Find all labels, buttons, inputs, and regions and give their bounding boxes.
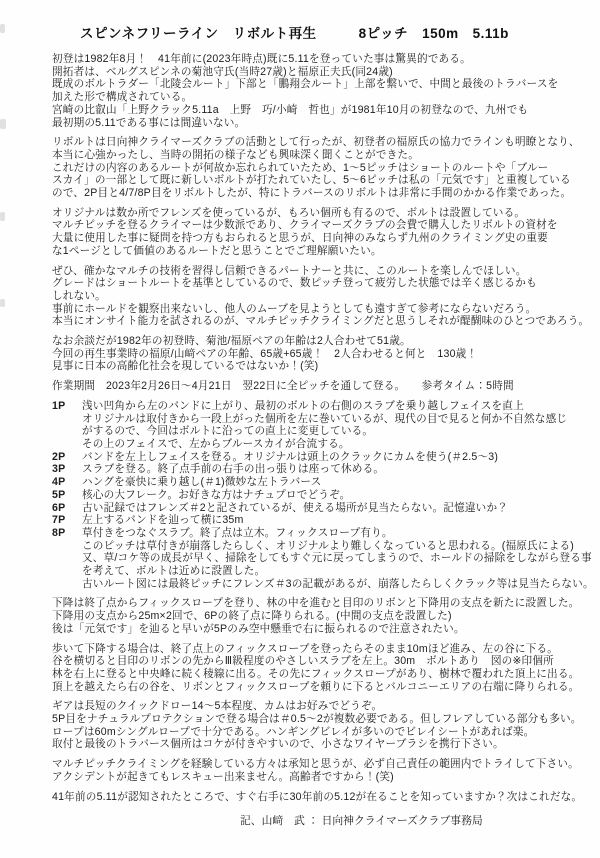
paragraph: マルチピッチクライミングを経験している方々は承知と思うが、必ず自己責任の範囲内で… bbox=[52, 758, 574, 783]
text-line: これだけの内容のあるルートが何故か忘れられていたため、1～5ピッチはショートのル… bbox=[52, 162, 574, 175]
text-line: 草付きをつなぐスラブ。終了点は立木。フィックスロープ有り。 bbox=[82, 527, 594, 540]
pitch-number: 6P bbox=[52, 502, 82, 515]
text-line: 今回の再生事業時の福原/山﨑ペアの年齢、65歳+65歳！ 2人合わせると何と 1… bbox=[52, 348, 574, 361]
text-line: 下降用の支点から25m×2回で、6Pの終了点に降りられる。(中間の支点を設置した… bbox=[52, 610, 574, 623]
text-line: オリジナルは取付きから一段上がった個所を左に巻いているが、現代の目で見ると何か不… bbox=[82, 413, 574, 426]
text-line: 下降は終了点からフィックスロープを登り、林の中を進むと目印のリボンと下降用の支点… bbox=[52, 597, 574, 610]
text-line: 加えた形で構成されている。 bbox=[52, 91, 574, 104]
paragraph: 初登は1982年8月！ 41年前に(2023年時点)既に5.11を登っていた事は… bbox=[52, 53, 574, 129]
text-line: しれない。 bbox=[52, 290, 574, 303]
text-line: 左上するバンドを辿って横に35m bbox=[82, 514, 574, 527]
text-line: このピッチは草付きが崩落したらしく、オリジナルより難しくなっていると思われる。(… bbox=[82, 540, 594, 553]
text-line: 古いルート図には最終ピッチにフレンズ＃3の記載があるが、崩落したらしくクラック等… bbox=[82, 578, 594, 591]
text-line: 大量に使用した事に疑問を持つ方もおられると思うが、日向神のみならず九州のクライミ… bbox=[52, 232, 574, 245]
pitch-list: 1P浅い凹角から左のバンドに上がり、最初のボルトの右側のスラブを乗り越しフェイス… bbox=[52, 400, 574, 591]
text-line: 5P目をナチュラルプロテクションで登る場合は＃0.5～2が複数必要である。但しフ… bbox=[52, 713, 574, 726]
pitch-number: 2P bbox=[52, 451, 82, 464]
text-line: 作業期間 2023年2月26日～4月21日 翌22日に全ピッチを通して登る。 参… bbox=[52, 380, 574, 393]
text-line: オリジナルは数か所でフレンズを使っているが、もろい個所も有るので、ボルトは設置し… bbox=[52, 207, 574, 220]
text-line: 又、草/コケ等の成長が早く、掃除をしてもすぐ元に戻ってしまうので、ホールドの掃除… bbox=[82, 552, 594, 565]
paragraph: ぜひ、確かなマルチの技術を習得し信頼できるパートナーと共に、このルートを楽しんで… bbox=[52, 265, 574, 329]
pitch-number: 3P bbox=[52, 463, 82, 476]
scan-artifact bbox=[0, 24, 5, 33]
pitch-row: 3Pスラブを登る。終了点手前の右手の出っ張りは座って休める。 bbox=[52, 463, 574, 476]
text-line: 谷を横切ると目印のリボンの先からⅢ級程度のやさしいスラブを左上。30m ボルトあ… bbox=[52, 655, 574, 668]
text-line: グレードはショートルートを基準としているので、数ピッチ登って疲労した状態では辛く… bbox=[52, 277, 574, 290]
pitch-description: スラブを登る。終了点手前の右手の出っ張りは座って休める。 bbox=[82, 463, 574, 476]
text-line: ので、2P目と4/7/8P目をリボルトしたが、特にトラバースのリボルトは非常に手… bbox=[52, 187, 574, 200]
pitch-number: 5P bbox=[52, 489, 82, 502]
text-line: ハングを豪快に乗り越し(＃1)微妙な左トラバース bbox=[82, 476, 574, 489]
text-line: 見事に日本の高齢化社会を現しているではないか！(笑) bbox=[52, 360, 574, 373]
signature: 記、山﨑 武 ： 日向神クライマーズクラブ事務局 bbox=[240, 815, 574, 828]
paragraph: 下降は終了点からフィックスロープを登り、林の中を進むと目印のリボンと下降用の支点… bbox=[52, 597, 574, 635]
text-line: 浅い凹角から左のバンドに上がり、最初のボルトの右側のスラブを乗り越しフェイスを直… bbox=[82, 400, 574, 413]
text-line: を考えて、ボルトは近めに設置した。 bbox=[82, 565, 594, 578]
text-line: その上のフェイスで、左からブルースカイが合流する。 bbox=[82, 438, 574, 451]
text-line: 事前にホールドを観察出来ないし、他人のムーブを見ようとしても遠すぎて参考にならな… bbox=[52, 303, 574, 316]
text-line: 41年前の5.11が認知されたところで、すぐ右手に30年前の5.12が在ることを… bbox=[52, 791, 574, 804]
document-page: スピンネフリーライン リボルト再生 8ピッチ 150m 5.11b 初登は198… bbox=[0, 0, 600, 858]
pitch-description: 左上するバンドを辿って横に35m bbox=[82, 514, 574, 527]
text-line: マルチピッチを登るクライマーは少数派であり、クライマーズクラブの会費で購入したリ… bbox=[52, 219, 574, 232]
text-line: スラブを登る。終了点手前の右手の出っ張りは座って休める。 bbox=[82, 463, 574, 476]
text-line: がするので、今回はボルトに沿っての直上に変更している。 bbox=[82, 425, 574, 438]
text-line: 頂上を越えたら右の谷を、リボンとフィックスロープを頼りに下るとバルコニーエリアの… bbox=[52, 681, 574, 694]
scan-artifact bbox=[0, 299, 5, 307]
pitch-description: 核心の大フレーク。お好きな方はナチュプロでどうぞ。 bbox=[82, 489, 574, 502]
paragraph: 歩いて下降する場合は、終了点上のフィックスロープを登ったらそのまま10mほど進み… bbox=[52, 643, 574, 694]
text-line: 開拓者は、ベルグスピンネの菊池守氏(当時27歳)と福原正夫氏(同24歳) bbox=[52, 66, 574, 79]
pitch-number: 1P bbox=[52, 400, 82, 413]
text-line: 本当に心強かったし、当時の開拓の様子なども興味深く聞くことができた。 bbox=[52, 149, 574, 162]
text-line: スカイ」の一部として既に新しいボルトが打たれていたし、5～6ピッチは私の「元気で… bbox=[52, 174, 574, 187]
text-line: バンドを左上しフェイスを登る。オリジナルは頭上のクラックにカムを使う(＃2.5～… bbox=[82, 451, 574, 464]
text-line: 後は「元気です」を辿ると早いが5Pのみ空中懸垂で右に振られるので注意されたい。 bbox=[52, 623, 574, 636]
paragraph: 41年前の5.11が認知されたところで、すぐ右手に30年前の5.12が在ることを… bbox=[52, 791, 574, 804]
paragraph: なお余談だが1982年の初登時、菊池/福原ペアの年齢は2人合わせて51歳。今回の… bbox=[52, 335, 574, 373]
pitch-row: 7P左上するバンドを辿って横に35m bbox=[52, 514, 574, 527]
text-line: ギアは長短のクイックドロー14～5本程度、カムはお好みでどうぞ。 bbox=[52, 700, 574, 713]
pitch-row: 8P草付きをつなぐスラブ。終了点は立木。フィックスロープ有り。このピッチは草付き… bbox=[52, 527, 574, 591]
text-line: なお余談だが1982年の初登時、菊池/福原ペアの年齢は2人合わせて51歳。 bbox=[52, 335, 574, 348]
text-line: ぜひ、確かなマルチの技術を習得し信頼できるパートナーと共に、このルートを楽しんで… bbox=[52, 265, 574, 278]
paragraph: リボルトは日向神クライマーズクラブの活動として行ったが、初登者の福原氏の協力でラ… bbox=[52, 136, 574, 200]
pitch-row: 5P核心の大フレーク。お好きな方はナチュプロでどうぞ。 bbox=[52, 489, 574, 502]
text-line: アクシデントが起きてもレスキュー出来ません。高齢者ですから！(笑) bbox=[52, 771, 574, 784]
pitch-description: 浅い凹角から左のバンドに上がり、最初のボルトの右側のスラブを乗り越しフェイスを直… bbox=[82, 400, 574, 451]
text-line: 林を右上に登ると中央峰に続く稜線に出る。その先にフィックスロープがあり、樹林で覆… bbox=[52, 668, 574, 681]
text-line: 初登は1982年8月！ 41年前に(2023年時点)既に5.11を登っていた事は… bbox=[52, 53, 574, 66]
page-title: スピンネフリーライン リボルト再生 8ピッチ 150m 5.11b bbox=[80, 22, 574, 42]
text-line: 最初期の5.11である事には間違いない。 bbox=[52, 117, 574, 130]
pitch-number: 8P bbox=[52, 527, 82, 540]
text-line: 本当にオンサイト能力を試されるのが、マルチピッチクライミングだと思うしそれが醍醐… bbox=[52, 315, 574, 328]
pitch-description: 草付きをつなぐスラブ。終了点は立木。フィックスロープ有り。このピッチは草付きが崩… bbox=[82, 527, 594, 591]
paragraph: 作業期間 2023年2月26日～4月21日 翌22日に全ピッチを通して登る。 参… bbox=[52, 380, 574, 393]
text-line: 取付と最後のトラバース個所はコケが付きやすいので、小さなワイヤーブラシを携行下さ… bbox=[52, 738, 574, 751]
pitch-number: 7P bbox=[52, 514, 82, 527]
scan-artifact bbox=[0, 212, 5, 221]
pitch-row: 2Pバンドを左上しフェイスを登る。オリジナルは頭上のクラックにカムを使う(＃2.… bbox=[52, 451, 574, 464]
paragraph: オリジナルは数か所でフレンズを使っているが、もろい個所も有るので、ボルトは設置し… bbox=[52, 207, 574, 258]
pitch-row: 1P浅い凹角から左のバンドに上がり、最初のボルトの右側のスラブを乗り越しフェイス… bbox=[52, 400, 574, 451]
text-line: 核心の大フレーク。お好きな方はナチュプロでどうぞ。 bbox=[82, 489, 574, 502]
paragraph: ギアは長短のクイックドロー14～5本程度、カムはお好みでどうぞ。5P目をナチュラ… bbox=[52, 700, 574, 751]
text-line: マルチピッチクライミングを経験している方々は承知と思うが、必ず自己責任の範囲内で… bbox=[52, 758, 574, 771]
text-line: 古い記録ではフレンズ＃2と記されているが、使える場所が見当たらない。記憶違いか？ bbox=[82, 502, 574, 515]
document-body: 初登は1982年8月！ 41年前に(2023年時点)既に5.11を登っていた事は… bbox=[52, 53, 574, 803]
text-line: 既成のボルトラダー「北陵会ルート」下部と「鵬翔会ルート」上部を繋いで、中間と最後… bbox=[52, 78, 574, 91]
pitch-row: 6P古い記録ではフレンズ＃2と記されているが、使える場所が見当たらない。記憶違い… bbox=[52, 502, 574, 515]
pitch-row: 4Pハングを豪快に乗り越し(＃1)微妙な左トラバース bbox=[52, 476, 574, 489]
text-line: リボルトは日向神クライマーズクラブの活動として行ったが、初登者の福原氏の協力でラ… bbox=[52, 136, 574, 149]
pitch-number: 4P bbox=[52, 476, 82, 489]
text-line: 歩いて下降する場合は、終了点上のフィックスロープを登ったらそのまま10mほど進み… bbox=[52, 643, 574, 656]
pitch-description: ハングを豪快に乗り越し(＃1)微妙な左トラバース bbox=[82, 476, 574, 489]
text-line: な1ページとして価値のあるルートだと思うことでご理解願いたい。 bbox=[52, 245, 574, 258]
pitch-description: バンドを左上しフェイスを登る。オリジナルは頭上のクラックにカムを使う(＃2.5～… bbox=[82, 451, 574, 464]
text-line: ロープは60mシングルロープで十分である。ハンギングビレイが多いのでビレイシート… bbox=[52, 726, 574, 739]
pitch-description: 古い記録ではフレンズ＃2と記されているが、使える場所が見当たらない。記憶違いか？ bbox=[82, 502, 574, 515]
scan-artifact bbox=[0, 119, 6, 129]
text-line: 宮崎の比叡山「上野クラック5.11a 上野 巧/小崎 哲也」が1981年10月の… bbox=[52, 104, 574, 117]
